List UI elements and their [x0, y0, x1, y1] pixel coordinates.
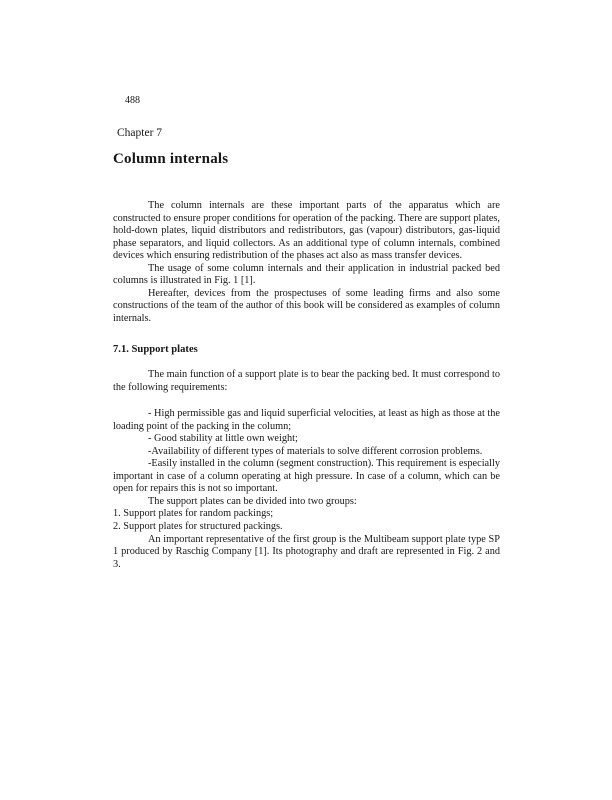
paragraph: Hereafter, devices from the prospectuses… — [113, 288, 500, 326]
chapter-label: Chapter 7 — [117, 126, 162, 140]
paragraph: An important representative of the first… — [113, 534, 500, 572]
chapter-title: Column internals — [113, 150, 228, 168]
book-page: 488 Chapter 7 Column internals The colum… — [0, 0, 612, 800]
section-heading: 7.1. Support plates — [113, 343, 500, 357]
paragraph: - High permissible gas and liquid superf… — [113, 408, 500, 433]
paragraph: - Good stability at little own weight; — [113, 433, 500, 446]
page-body: The column internals are these important… — [113, 200, 500, 571]
paragraph: -Availability of different types of mate… — [113, 446, 500, 459]
page-number: 488 — [125, 95, 140, 107]
paragraph: The column internals are these important… — [113, 200, 500, 263]
paragraph: -Easily installed in the column (segment… — [113, 458, 500, 496]
paragraph: The support plates can be divided into t… — [113, 496, 500, 509]
paragraph: 1. Support plates for random packings; — [113, 508, 500, 521]
paragraph: 2. Support plates for structured packing… — [113, 521, 500, 534]
paragraph: The main function of a support plate is … — [113, 369, 500, 394]
paragraph: The usage of some column internals and t… — [113, 263, 500, 288]
